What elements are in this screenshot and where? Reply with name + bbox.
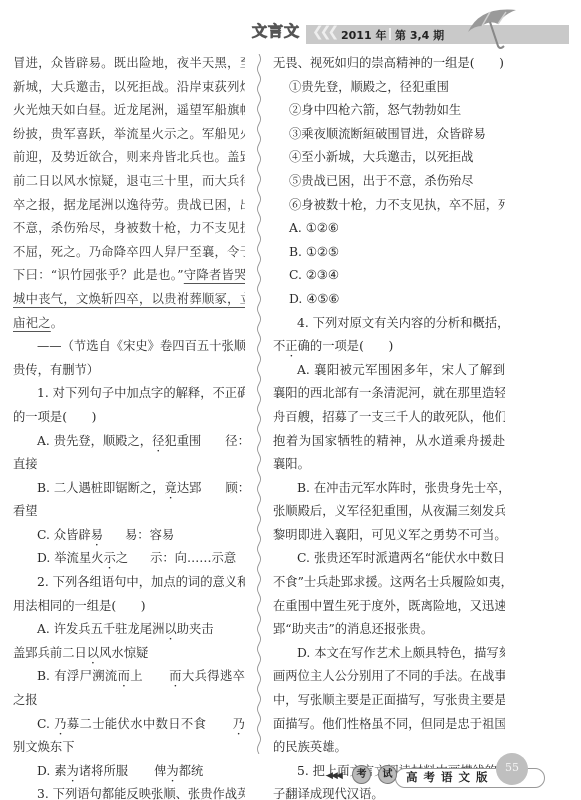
passage-line: 前二日以风水惊疑，退屯三十里，而大兵得逃 [13, 170, 245, 194]
question-1-stem: 1. 对下列句子中加点字的解释，不正确 [13, 382, 245, 406]
header-divider [389, 28, 391, 40]
dotted-char: 乃 [54, 717, 67, 731]
source-citation: ——（节选自《宋史》卷四百五十张顺、张 [13, 335, 245, 359]
left-column: 冒进，众皆辟易。既出险地，夜半天黑，至小 新城，大兵邀击，以死拒战。沿岸束荻列炬… [13, 52, 245, 800]
passage-line: 前迎，及势近欲合，则来舟皆北兵也。盖郢兵 [13, 146, 245, 170]
question-2-option-b: B. 有浮尸溯流而上而大兵得逃卒 [13, 665, 245, 689]
question-1-option-a-gloss: 直接 [13, 453, 245, 477]
question-1-stem: 的一项是( ) [13, 406, 245, 430]
option-text: B. 有浮尸溯流 [37, 669, 118, 683]
question-2-stem: 用法相同的一组是( ) [13, 595, 245, 619]
option-text: 犯重围 [164, 434, 201, 448]
option-gloss: 示：向……示意 [150, 551, 236, 565]
question-1-option-a: A. 贵先登，顺殿之，径犯重围径： [13, 430, 245, 454]
page-number: 55 [496, 753, 528, 785]
option-text: 风水惊疑 [99, 646, 148, 660]
question-4-option-c: 郢“助夹击”的消息还报张贵。 [273, 618, 505, 642]
option-text: C. 众皆辟 [37, 528, 91, 542]
question-4-option-b: 张顺殿后，义军径犯重围，从夜漏三刻发兵至 [273, 500, 505, 524]
option-text: D. 举流星火 [37, 551, 103, 565]
passage-line: 冒进，众皆辟易。既出险地，夜半天黑，至小 [13, 52, 245, 76]
question-4-option-d: 中，写张顺主要是正面描写，写张贵主要是侧 [273, 689, 505, 713]
footer-badge-kao: 考 [352, 765, 371, 784]
question-3-item: ①贵先登，顺殿之，径犯重围 [273, 76, 505, 100]
footer-badge-shi: 试 [378, 765, 397, 784]
question-4-stem: 4. 下列对原文有关内容的分析和概括， [273, 312, 505, 336]
dotted-char: 以 [164, 622, 176, 636]
umbrella-icon [460, 2, 530, 50]
passage-line: 不屈，死之。乃命降卒四人舁尸至襄，令于城 [13, 241, 245, 265]
question-1-option-d: D. 举流星火示之示：向……示意 [13, 547, 245, 571]
question-3-stem: 无畏、视死如归的崇高精神的一组是( ) [273, 52, 505, 76]
question-4-option-a: A. 襄阳被元军围困多年，宋人了解到 [273, 359, 505, 383]
triple-arrow-left-icon: ◀◀◀ [326, 771, 341, 781]
passage-line: 不意，杀伤殆尽，身被数十枪，力不支见执，卒 [13, 217, 245, 241]
dotted-char: 而 [169, 669, 182, 683]
question-3-option-c: C. ②③④ [273, 264, 505, 288]
underlined-sentence: 庙祀之 [13, 316, 51, 330]
option-gloss: 顾： [225, 481, 245, 495]
passage-line: 纷披，贵军喜跃，举流星火示之。军船见火即 [13, 123, 245, 147]
option-text: 盖郢兵前二日 [13, 646, 87, 660]
passage-text: 下曰：“识竹园张乎？此是也。” [13, 268, 184, 282]
dotted-emphasis: 不正确 [273, 339, 310, 353]
column-divider [256, 54, 262, 754]
question-3-option-d: D. ④⑤⑥ [273, 288, 505, 312]
question-2-option-b-cont: 之报 [13, 689, 245, 713]
question-4-option-c: C. 张贵还军时派遣两名“能伏水中数日 [273, 547, 505, 571]
question-4-option-c: 在重围中置生死于度外，既离险地，又迅速将 [273, 595, 505, 619]
question-1-option-c: C. 众皆辟易易：容易 [13, 524, 245, 548]
dotted-char: 以 [87, 646, 99, 660]
option-gloss: 易：容易 [125, 528, 174, 542]
passage-line: 卒之报，据龙尾洲以逸待劳。贵战已困，出于 [13, 194, 245, 218]
question-4-stem: 不正确的一项是( ) [273, 335, 505, 359]
page-footer: ◀◀◀ 考 试 高考语文版 55 [0, 750, 581, 800]
option-text: C. [37, 717, 54, 731]
option-text: 募二士能伏水中数日不食 [67, 717, 206, 731]
question-2-option-a-pair: 盖郢兵前二日以风水惊疑 [13, 642, 245, 666]
dotted-char: 竟 [165, 481, 177, 495]
question-3-option-a: A. ①②⑥ [273, 217, 505, 241]
option-text: 助夹击 [177, 622, 214, 636]
question-3-item: ③乘夜顺流断絙破围冒进，众皆辟易 [273, 123, 505, 147]
stem-text: 的一项是( ) [310, 339, 393, 353]
question-4-option-c: 不食”士兵赴郢求援。这两名士兵履险如夷， [273, 571, 505, 595]
option-text: A. 贵先登，顺殿之， [37, 434, 152, 448]
passage-line: 下曰：“识竹园张乎？此是也。”守降者皆哭， [13, 264, 245, 288]
dotted-char: 而 [118, 669, 131, 683]
option-text: 上 [130, 669, 143, 683]
question-2-stem: 2. 下列各组语句中，加点的词的意义和 [13, 571, 245, 595]
passage-line: 庙祀之。 [13, 312, 245, 336]
chevron-left-icon: ❮❮❮ [312, 24, 335, 40]
section-title: 文言文 [252, 20, 300, 41]
issue-number: 第 3,4 期 [395, 27, 444, 43]
question-4-option-a: 襄阳。 [273, 453, 505, 477]
dotted-char: 示 [103, 551, 115, 565]
question-1-option-b: B. 二人遇桩即锯断之，竟达郢顾： [13, 477, 245, 501]
option-text: 达郢 [177, 481, 202, 495]
question-1-option-b-gloss: 看望 [13, 500, 245, 524]
question-4-option-d: 面描写。他们性格虽不同，但同是忠于祖国 [273, 713, 505, 737]
question-3-item: ②身中四枪六箭，怒气勃勃如生 [273, 99, 505, 123]
classical-passage: 冒进，众皆辟易。既出险地，夜半天黑，至小 新城，大兵邀击，以死拒战。沿岸束荻列炬… [13, 52, 245, 335]
publication-title: 高考语文版 [406, 769, 494, 785]
right-column: 无畏、视死如归的崇高精神的一组是( ) ①贵先登，顺殿之，径犯重围 ②身中四枪六… [273, 52, 505, 800]
passage-line: 火光烛天如白昼。近龙尾洲，遥望军船旗帜 [13, 99, 245, 123]
option-text: 大兵得逃卒 [182, 669, 245, 683]
option-text: B. 二人遇桩即锯断之， [37, 481, 165, 495]
question-4-option-d: 画两位主人公分别用了不同的手法。在战事 [273, 665, 505, 689]
question-4-option-a: 襄阳的西北部有一条清泥河，就在那里造轻 [273, 382, 505, 406]
passage-line: 新城，大兵邀击，以死拒战。沿岸束荻列炬， [13, 76, 245, 100]
question-4-option-b: 黎明即进入襄阳，可见义军之勇势不可当。 [273, 524, 505, 548]
question-4-option-b: B. 在冲击元军水阵时，张贵身先士卒， [273, 477, 505, 501]
question-2-option-c: C. 乃募二士能伏水中数日不食乃 [13, 713, 245, 737]
passage-text: 。 [51, 316, 64, 330]
underlined-sentence: 守降者皆哭， [184, 268, 245, 282]
question-3-item: ⑥身被数十枪，力不支见执，卒不屈，死之 [273, 194, 505, 218]
dotted-char: 径 [152, 434, 164, 448]
passage-line: 城中丧气，文焕斩四卒，以贵祔葬顺冢，立双 [13, 288, 245, 312]
underlined-sentence: 城中丧气，文焕斩四卒，以贵祔葬顺冢，立双 [13, 292, 245, 306]
issue-year: 2011 年 [341, 27, 386, 43]
question-4-option-a: 舟百艘，招募了一支三千人的敢死队，他们 [273, 406, 505, 430]
page-header: 文言文 ❮❮❮ 2011 年 第 3,4 期 [0, 0, 581, 48]
question-3-option-b: B. ①②⑤ [273, 241, 505, 265]
dotted-char: 乃 [232, 717, 245, 731]
option-gloss: 径： [225, 434, 245, 448]
question-4-option-d: D. 本文在写作艺术上颇具特色，描写刻 [273, 642, 505, 666]
option-text: A. 许发兵五千驻龙尾洲 [37, 622, 164, 636]
question-4-option-a: 抱着为国家牺牲的精神，从水道乘舟援赴 [273, 430, 505, 454]
question-3-item: ④至小新城，大兵邀击，以死拒战 [273, 146, 505, 170]
option-text: 之 [116, 551, 128, 565]
question-3-item: ⑤贵战已困，出于不意，杀伤殆尽 [273, 170, 505, 194]
dotted-char: 易 [91, 528, 103, 542]
source-citation: 贵传，有删节） [13, 359, 245, 383]
question-2-option-a: A. 许发兵五千驻龙尾洲以助夹击 [13, 618, 245, 642]
